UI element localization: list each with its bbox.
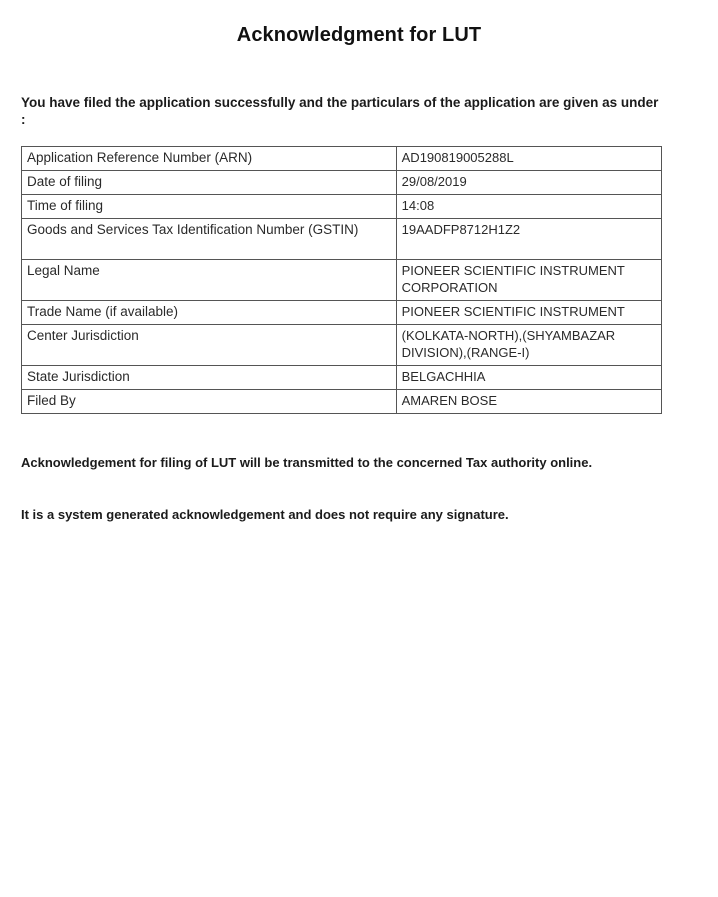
transmission-note: Acknowledgement for filing of LUT will b… bbox=[21, 455, 592, 470]
row-label-arn: Application Reference Number (ARN) bbox=[22, 147, 397, 171]
table-row: Filed By AMAREN BOSE bbox=[22, 390, 662, 414]
document-title: Acknowledgment for LUT bbox=[0, 24, 718, 47]
row-value-arn: AD190819005288L bbox=[396, 147, 661, 171]
table-row: Goods and Services Tax Identification Nu… bbox=[22, 219, 662, 260]
intro-text: You have filed the application successfu… bbox=[21, 94, 661, 128]
row-label-center-jurisdiction: Center Jurisdiction bbox=[22, 325, 397, 366]
row-label-trade-name: Trade Name (if available) bbox=[22, 301, 397, 325]
table-row: Application Reference Number (ARN) AD190… bbox=[22, 147, 662, 171]
row-value-time-of-filing: 14:08 bbox=[396, 195, 661, 219]
row-value-legal-name: PIONEER SCIENTIFIC INSTRUMENT CORPORATIO… bbox=[396, 260, 661, 301]
row-label-filed-by: Filed By bbox=[22, 390, 397, 414]
table-row: State Jurisdiction BELGACHHIA bbox=[22, 366, 662, 390]
application-details-table: Application Reference Number (ARN) AD190… bbox=[21, 146, 662, 414]
table-row: Trade Name (if available) PIONEER SCIENT… bbox=[22, 301, 662, 325]
row-value-gstin: 19AADFP8712H1Z2 bbox=[396, 219, 661, 260]
row-label-legal-name: Legal Name bbox=[22, 260, 397, 301]
table-row: Center Jurisdiction (KOLKATA-NORTH),(SHY… bbox=[22, 325, 662, 366]
row-label-state-jurisdiction: State Jurisdiction bbox=[22, 366, 397, 390]
row-value-date-of-filing: 29/08/2019 bbox=[396, 171, 661, 195]
row-value-center-jurisdiction: (KOLKATA-NORTH),(SHYAMBAZAR DIVISION),(R… bbox=[396, 325, 661, 366]
table-row: Time of filing 14:08 bbox=[22, 195, 662, 219]
row-value-trade-name: PIONEER SCIENTIFIC INSTRUMENT bbox=[396, 301, 661, 325]
table-row: Date of filing 29/08/2019 bbox=[22, 171, 662, 195]
row-label-date-of-filing: Date of filing bbox=[22, 171, 397, 195]
table-row: Legal Name PIONEER SCIENTIFIC INSTRUMENT… bbox=[22, 260, 662, 301]
row-value-filed-by: AMAREN BOSE bbox=[396, 390, 661, 414]
row-value-state-jurisdiction: BELGACHHIA bbox=[396, 366, 661, 390]
row-label-gstin: Goods and Services Tax Identification Nu… bbox=[22, 219, 397, 260]
row-label-time-of-filing: Time of filing bbox=[22, 195, 397, 219]
signature-note: It is a system generated acknowledgement… bbox=[21, 507, 509, 522]
